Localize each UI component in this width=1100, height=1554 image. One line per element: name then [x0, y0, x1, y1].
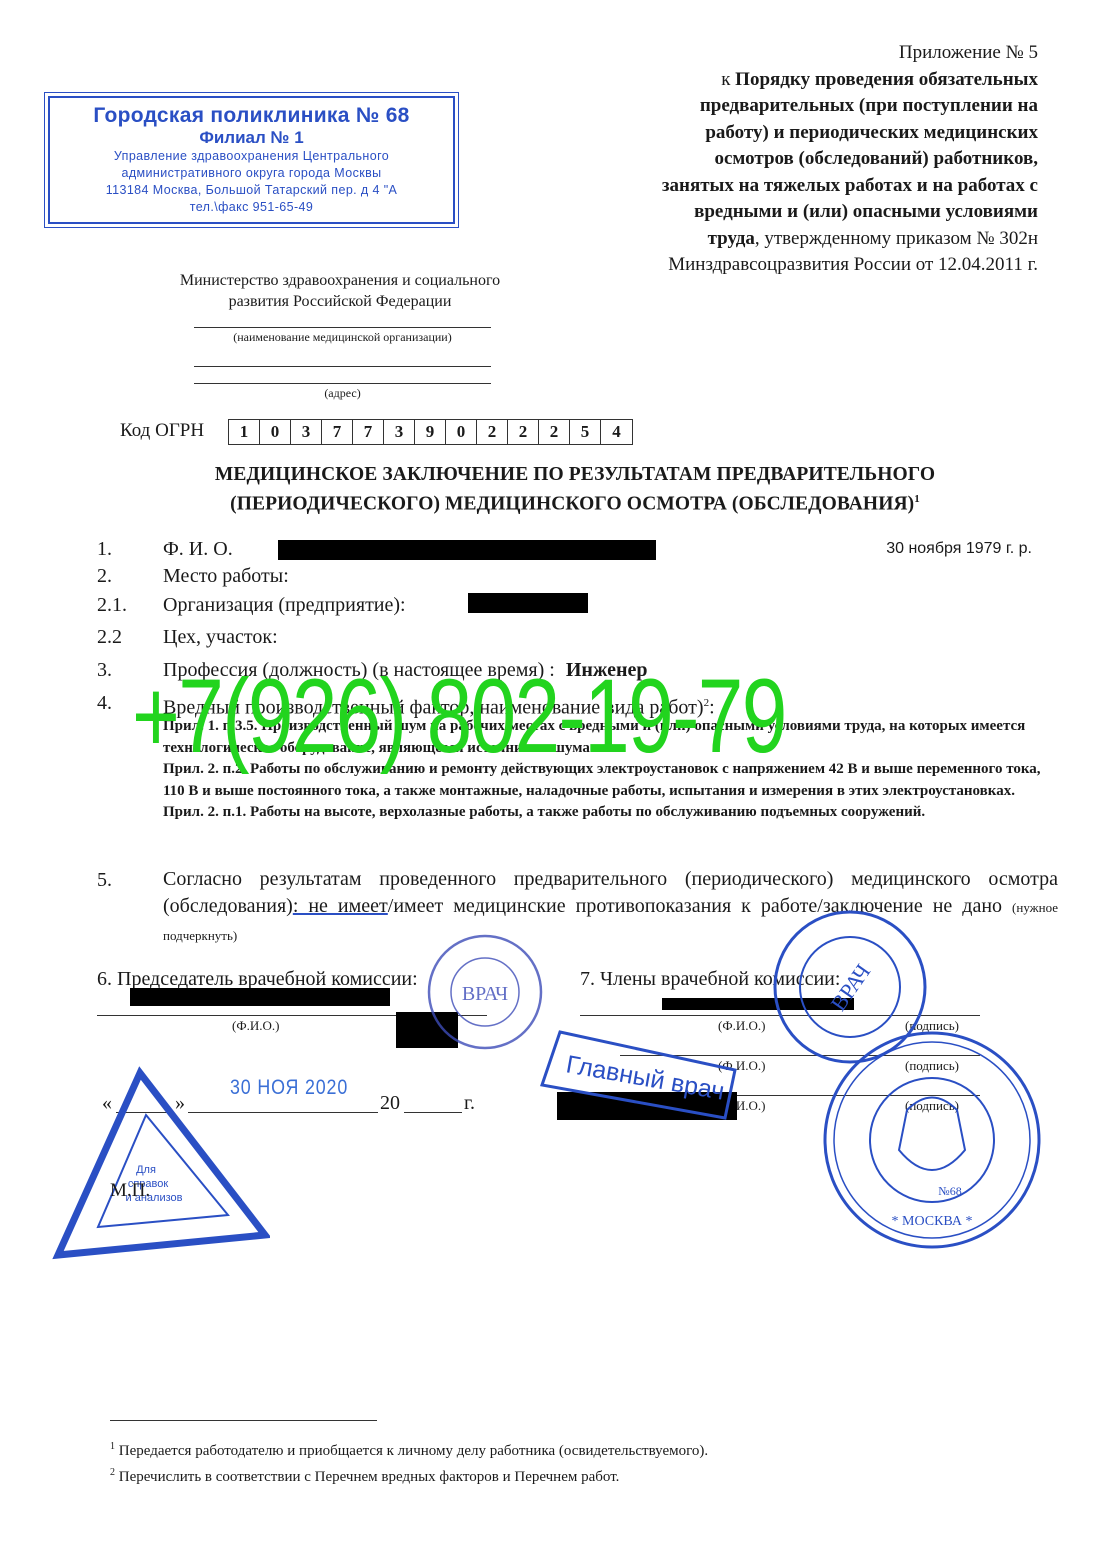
ogrn-label: Код ОГРН [120, 420, 204, 442]
redacted-fio [278, 540, 656, 560]
stamp-place-label: М.П. [110, 1180, 150, 1202]
address-hint: (адрес) [194, 386, 491, 401]
hazard-item: Прил. 2. п.1. Работы на высоте, верхолаз… [163, 802, 1043, 824]
title-line: МЕДИЦИНСКОЕ ЗАКЛЮЧЕНИЕ ПО РЕЗУЛЬТАТАМ ПР… [130, 462, 1020, 487]
svg-text:ВРАЧ: ВРАЧ [826, 959, 876, 1015]
clinic-admin-line: административного округа города Москвы [50, 165, 453, 182]
ogrn-digit: 0 [260, 420, 291, 444]
appendix-line: предварительных (при поступлении на [558, 93, 1038, 120]
footnote-separator [110, 1420, 377, 1421]
redacted-organization [468, 593, 588, 613]
appendix-header: Приложение № 5 к Порядку проведения обяз… [558, 40, 1038, 279]
workplace-label: Место работы: [163, 563, 289, 589]
document-title: МЕДИЦИНСКОЕ ЗАКЛЮЧЕНИЕ ПО РЕЗУЛЬТАТАМ ПР… [130, 462, 1020, 517]
appendix-order-title: Порядку проведения обязательных [735, 69, 1038, 90]
item-number: 4. [97, 692, 112, 715]
footnote-2: Перечислить в соответствии с Перечнем вр… [115, 1469, 619, 1485]
conclusion-selected: : не имеет [293, 895, 388, 917]
fio-label: Ф. И. О. [163, 536, 233, 562]
ogrn-boxes: 1 0 3 7 7 3 9 0 2 2 2 5 4 [228, 419, 633, 445]
address-line-2 [194, 383, 491, 384]
org-name-hint: (наименование медицинской организации) [194, 330, 491, 345]
ogrn-digit: 7 [353, 420, 384, 444]
year-suffix: г. [464, 1092, 475, 1115]
svg-text:Для: Для [136, 1164, 156, 1176]
ministry-name: Министерство здравоохранения и социально… [140, 270, 540, 291]
triangle-stamp-icon: Для справок и анализов [50, 1065, 270, 1260]
item-number: 3. [97, 659, 112, 682]
year-line [404, 1112, 462, 1113]
state-seal-icon: * МОСКВА * №68 [815, 1030, 1050, 1250]
appendix-line: Минздравсоцразвития России от 12.04.2011… [558, 252, 1038, 279]
appendix-number: Приложение № 5 [558, 40, 1038, 67]
ogrn-digit: 9 [415, 420, 446, 444]
appendix-line: осмотров (обследований) работников, [558, 146, 1038, 173]
item-number: 2.2 [97, 626, 122, 649]
ogrn-digit: 5 [570, 420, 601, 444]
svg-text:ВРАЧ: ВРАЧ [462, 983, 508, 1005]
svg-text:* МОСКВА *: * МОСКВА * [892, 1214, 973, 1229]
ministry-block: Министерство здравоохранения и социально… [140, 270, 540, 312]
appendix-line: занятых на тяжелых работах и на работах … [558, 173, 1038, 200]
ogrn-digit: 2 [508, 420, 539, 444]
ministry-name: развития Российской Федерации [140, 291, 540, 312]
address-line-1 [194, 366, 491, 367]
redacted-chair-name [130, 988, 390, 1006]
item-number: 1. [97, 538, 112, 561]
appendix-line: труда [708, 228, 755, 249]
item-number: 5. [97, 869, 112, 892]
svg-text:Главный врач: Главный врач [564, 1050, 727, 1105]
ogrn-digit: 3 [291, 420, 322, 444]
department-label: Цех, участок: [163, 624, 278, 650]
clinic-stamp: Городская поликлиника № 68 Филиал № 1 Уп… [48, 96, 455, 224]
appendix-line: , утвержденному приказом № 302н [755, 228, 1038, 249]
clinic-name: Городская поликлиника № 68 [50, 104, 453, 128]
ogrn-digit: 1 [229, 420, 260, 444]
appendix-line: работу) и периодических медицинских [558, 120, 1038, 147]
ogrn-digit: 7 [322, 420, 353, 444]
ogrn-digit: 3 [384, 420, 415, 444]
ogrn-digit: 2 [539, 420, 570, 444]
clinic-branch: Филиал № 1 [50, 128, 453, 148]
clinic-address: 113184 Москва, Большой Татарский пер. д … [50, 182, 453, 199]
footnotes: 1 Передается работодателю и приобщается … [110, 1436, 708, 1488]
appendix-prefix: к [721, 69, 735, 90]
item-number: 2. [97, 565, 112, 588]
date-of-birth: 30 ноября 1979 г. р. [886, 540, 1032, 558]
footnote-1: Передается работодателю и приобщается к … [115, 1443, 708, 1459]
clinic-phone: тел.\факс 951-65-49 [50, 199, 453, 216]
svg-text:№68: №68 [938, 1184, 961, 1198]
ogrn-digit: 0 [446, 420, 477, 444]
title-line: (ПЕРИОДИЧЕСКОГО) МЕДИЦИНСКОГО ОСМОТРА (О… [230, 494, 914, 515]
phone-watermark: +7(926) 802-19-79 [132, 664, 786, 769]
ogrn-digit: 4 [601, 420, 632, 444]
item-number: 2.1. [97, 594, 127, 617]
org-name-line [194, 327, 491, 328]
fio-hint: (Ф.И.О.) [232, 1018, 279, 1034]
chief-doctor-stamp-icon: Главный врач [540, 1030, 740, 1120]
appendix-line: вредными и (или) опасными условиями [558, 199, 1038, 226]
clinic-admin-line: Управление здравоохранения Центрального [50, 148, 453, 165]
ogrn-digit: 2 [477, 420, 508, 444]
vrach-round-stamp-icon: ВРАЧ [425, 930, 545, 1055]
year-prefix: 20 [380, 1092, 400, 1115]
organization-label: Организация (предприятие): [163, 592, 406, 618]
footnote-ref: 1 [914, 493, 920, 505]
